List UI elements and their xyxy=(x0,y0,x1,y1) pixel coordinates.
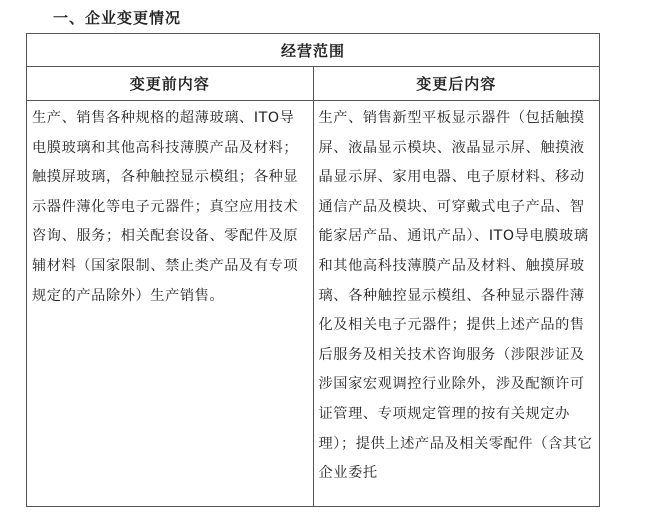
cell-after-content: 生产、销售新型平板显示器件（包括触摸屏、液晶显示模块、液晶显示屏、触摸液晶显示屏… xyxy=(313,101,600,507)
table-header-business-scope: 经营范围 xyxy=(27,34,600,67)
table-header-row: 经营范围 xyxy=(27,34,600,67)
business-scope-table: 经营范围 变更前内容 变更后内容 生产、销售各种规格的超薄玻璃、ITO导电膜玻璃… xyxy=(26,33,600,507)
table-column-header-row: 变更前内容 变更后内容 xyxy=(27,67,600,101)
column-header-after: 变更后内容 xyxy=(313,67,600,101)
column-header-before: 变更前内容 xyxy=(27,67,314,101)
cell-before-content: 生产、销售各种规格的超薄玻璃、ITO导电膜玻璃和其他高科技薄膜产品及材料；触摸屏… xyxy=(27,101,314,507)
section-title: 一、企业变更情况 xyxy=(53,7,181,28)
table-row: 生产、销售各种规格的超薄玻璃、ITO导电膜玻璃和其他高科技薄膜产品及材料；触摸屏… xyxy=(27,101,600,507)
